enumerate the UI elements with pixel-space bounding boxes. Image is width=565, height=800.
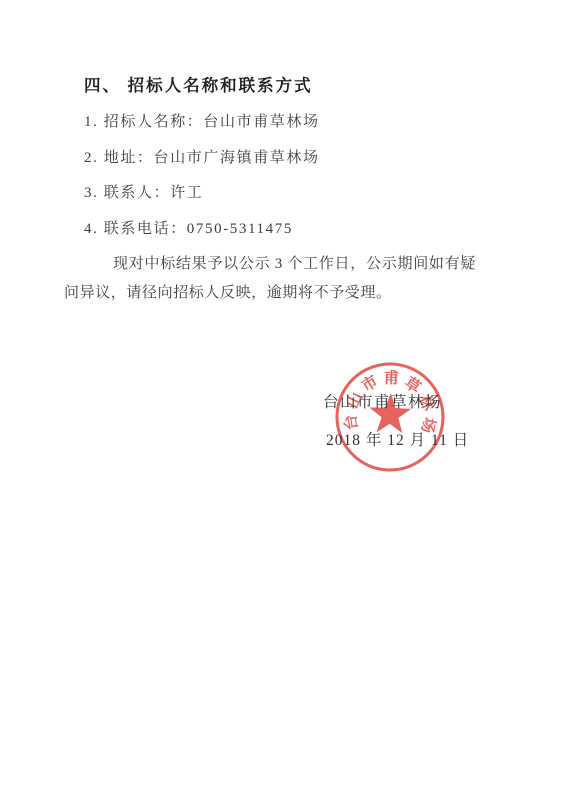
official-seal-graphic: 台山市甫草林场 [323, 350, 457, 484]
document-page: 四、 招标人名称和联系方式 1. 招标人名称：台山市甫草林场 2. 地址：台山市… [0, 0, 565, 800]
list-item-contact-person: 3. 联系人：许工 [84, 181, 203, 202]
seal-ring-char: 甫 [383, 369, 399, 388]
list-item-tenderer-name: 1. 招标人名称：台山市甫草林场 [84, 110, 320, 131]
official-seal: 台山市甫草林场 [323, 350, 457, 484]
notice-paragraph: 现对中标结果予以公示 3 个工作日，公示期间如有疑问异议，请径向招标人反映，逾期… [64, 250, 476, 307]
section-heading: 四、 招标人名称和联系方式 [84, 72, 313, 96]
signature-org-name: 台山市甫草林场 [323, 390, 442, 412]
signature-date: 2018 年 12 月 11 日 [326, 428, 469, 450]
list-item-address: 2. 地址：台山市广海镇甫草林场 [84, 146, 320, 167]
list-item-contact-phone: 4. 联系电话：0750-5311475 [84, 217, 293, 238]
